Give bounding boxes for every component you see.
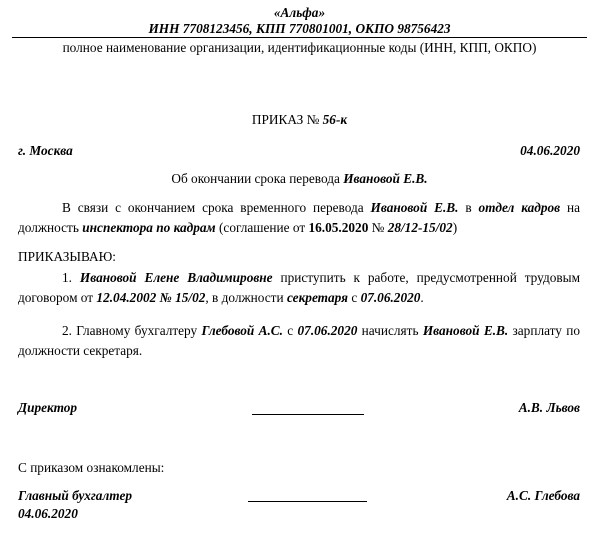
director-signature-line <box>252 414 364 415</box>
item-text: Главному бухгалтеру <box>76 323 201 338</box>
item-text: с <box>283 323 298 338</box>
org-codes: ИНН 7708123456, КПП 770801001, ОКПО 9875… <box>12 21 587 37</box>
order-city: г. Москва <box>18 143 73 159</box>
item-number: 2. <box>62 323 76 338</box>
preamble-text: В связи с окончанием срока временного пе… <box>62 200 371 215</box>
order-word: ПРИКАЗЫВАЮ: <box>18 249 116 265</box>
order-item-1: 1. Ивановой Елене Владимировне приступит… <box>18 268 580 308</box>
subject-name: Ивановой Е.В. <box>343 171 427 186</box>
accountant-name: А.С. Глебова <box>507 488 580 504</box>
order-subject: Об окончании срока перевода Ивановой Е.В… <box>12 171 587 187</box>
agreement-number: 28/12-15/02 <box>388 220 453 235</box>
start-date: 07.06.2020 <box>361 290 421 305</box>
preamble-text: № <box>368 220 387 235</box>
order-number: 56-к <box>323 112 347 127</box>
agreement-date: 16.05.2020 <box>309 220 369 235</box>
org-name: «Альфа» <box>12 5 587 21</box>
accountant-title: Главный бухгалтер <box>18 488 132 504</box>
header-divider <box>12 37 587 38</box>
item-number: 1. <box>62 270 80 285</box>
org-caption: полное наименование организации, идентиф… <box>12 40 587 56</box>
payroll-date: 07.06.2020 <box>298 323 358 338</box>
employee-full-name: Ивановой Елене Владимировне <box>80 270 273 285</box>
contract-reference: 12.04.2002 № 15/02 <box>96 290 205 305</box>
item-text: . <box>420 290 423 305</box>
order-item-2: 2. Главному бухгалтеру Глебовой А.С. с 0… <box>18 321 580 361</box>
preamble-text: (соглашение от <box>216 220 309 235</box>
department-name: отдел кадров <box>479 200 561 215</box>
accountant-date: 04.06.2020 <box>18 506 78 522</box>
item-text: начислять <box>357 323 422 338</box>
accountant-signature-line <box>248 501 367 502</box>
preamble-text: в <box>459 200 479 215</box>
director-name: А.В. Львов <box>519 400 580 416</box>
item-text: , в должности <box>205 290 287 305</box>
temporary-position: инспектора по кадрам <box>82 220 215 235</box>
order-date: 04.06.2020 <box>520 143 580 159</box>
employee-name: Ивановой Е.В. <box>371 200 459 215</box>
item-text: с <box>348 290 361 305</box>
acquainted-label: С приказом ознакомлены: <box>18 460 164 476</box>
employee-name: Ивановой Е.В. <box>423 323 508 338</box>
preamble-paragraph: В связи с окончанием срока временного пе… <box>18 198 580 238</box>
subject-text: Об окончании срока перевода <box>171 171 343 186</box>
accountant-name: Глебовой А.С. <box>202 323 284 338</box>
order-title: ПРИКАЗ № 56-к <box>12 112 587 128</box>
director-title: Директор <box>18 400 77 416</box>
preamble-text: ) <box>453 220 457 235</box>
order-title-prefix: ПРИКАЗ № <box>252 112 323 127</box>
position-name: секретаря <box>287 290 348 305</box>
